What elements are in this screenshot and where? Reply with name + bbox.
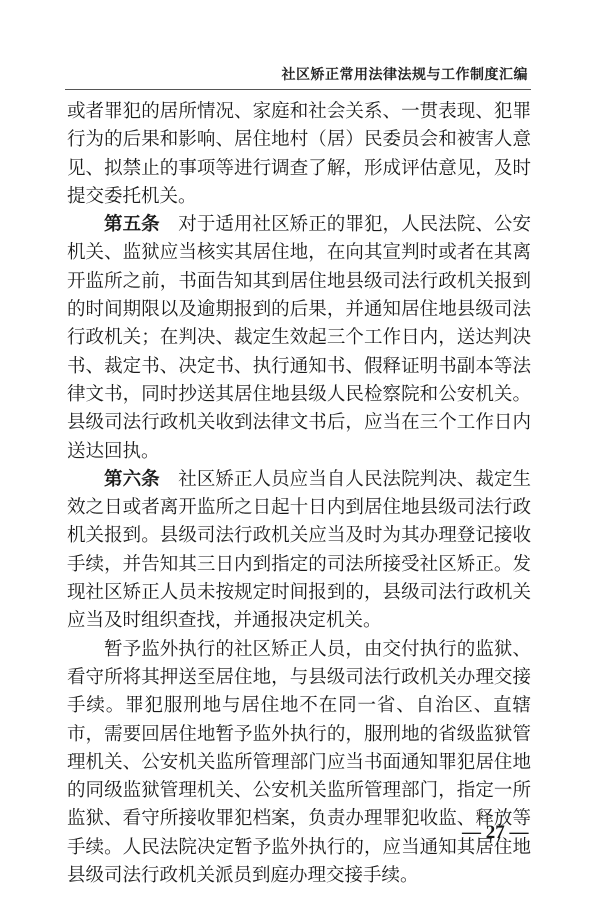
article-5: 第五条 对于适用社区矫正的罪犯，人民法院、公安机关、监狱应当核实其居住地，在向其… [67, 211, 531, 466]
page-number: — 27 — [462, 822, 529, 844]
article-label: 第六条 [104, 469, 160, 490]
paragraph-continued: 或者罪犯的居所情况、家庭和社会关系、一贯表现、犯罪行为的后果和影响、居住地村（居… [67, 98, 531, 211]
page-body: 或者罪犯的居所情况、家庭和社会关系、一贯表现、犯罪行为的后果和影响、居住地村（居… [67, 98, 531, 890]
paragraph-temporary-execution: 暂予监外执行的社区矫正人员，由交付执行的监狱、看守所将其押送至居住地，与县级司法… [67, 636, 531, 891]
paragraph-text: 对于适用社区矫正的罪犯，人民法院、公安机关、监狱应当核实其居住地，在向其宣判时或… [67, 214, 531, 461]
paragraph-text: 或者罪犯的居所情况、家庭和社会关系、一贯表现、犯罪行为的后果和影响、居住地村（居… [67, 101, 531, 207]
paragraph-text: 社区矫正人员应当自人民法院判决、裁定生效之日或者离开监所之日起十日内到居住地县级… [67, 469, 531, 631]
article-6: 第六条 社区矫正人员应当自人民法院判决、裁定生效之日或者离开监所之日起十日内到居… [67, 466, 531, 636]
article-label: 第五条 [104, 214, 160, 235]
header-rule [65, 89, 531, 90]
paragraph-text: 暂予监外执行的社区矫正人员，由交付执行的监狱、看守所将其押送至居住地，与县级司法… [67, 639, 531, 886]
running-header-title: 社区矫正常用法律法规与工作制度汇编 [282, 64, 529, 84]
